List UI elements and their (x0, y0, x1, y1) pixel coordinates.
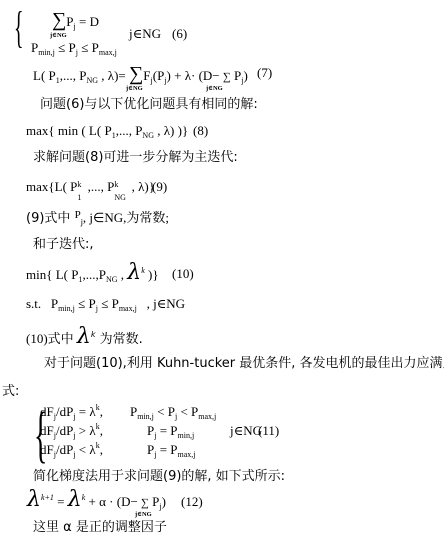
eq6-line1: ∑Pj = D (52, 10, 99, 30)
eq6-line2: Pmin,j ≤ Pj ≤ Pmax,j (31, 41, 117, 54)
sum-under: j∈NG (126, 84, 143, 92)
sum-under: j∈NG (206, 84, 223, 92)
constraint: s.t. Pmin,j ≤ Pj ≤ Pmax,j , j∈NG (26, 297, 185, 310)
sum-symbol: ∑ (52, 9, 66, 31)
paragraph: 对于问题(10),利用 Kuhn-tucker 最优条件, 各发电机的最佳出力应… (44, 357, 444, 370)
paragraph: 这里 α 是正的调整因子 (33, 521, 167, 534)
eq11-number: (11) (258, 424, 279, 437)
eq10: min{ L( P1,...,PNG , λk )} (26, 262, 159, 284)
paragraph: 式: (2, 385, 19, 398)
eq6-domain: j∈NG (129, 27, 161, 40)
eq8-number: (8) (193, 124, 208, 137)
eq6-number: (6) (172, 27, 187, 40)
paragraph: 问题(6)与以下优化问题具有相同的解: (40, 98, 258, 111)
paragraph: 求解问题(8)可进一步分解为主迭代: (33, 151, 238, 164)
sum-under: j∈NG (135, 510, 152, 518)
eq10-number: (10) (172, 267, 194, 280)
eq7-number: (7) (257, 66, 272, 79)
left-brace: { (14, 2, 24, 53)
paragraph: (10)式中 λk 为常数. (26, 326, 143, 348)
eq9-number: (9) (152, 180, 167, 193)
paragraph: (9)式中 Pj, j∈NG,为常数; (26, 210, 169, 225)
paragraph: 简化梯度法用于求问题(9)的解, 如下式所示: (33, 470, 285, 483)
paragraph: 和子迭代:, (33, 238, 94, 251)
eq12: λk+1 = λk + α · (D− ∑ Pj) (27, 489, 166, 511)
sum-under: j∈NG (50, 31, 67, 39)
eq9: max{L( Pk1 ,..., PkNG , λ)} (26, 180, 155, 193)
eq12-number: (12) (181, 495, 203, 508)
eq7: L( P1,..., PNG , λ)= ∑Fj(Pj) + λ· (D− ∑ … (33, 64, 248, 84)
eq8: max{ min ( L( P1,..., PNG , λ) )} (26, 124, 188, 137)
